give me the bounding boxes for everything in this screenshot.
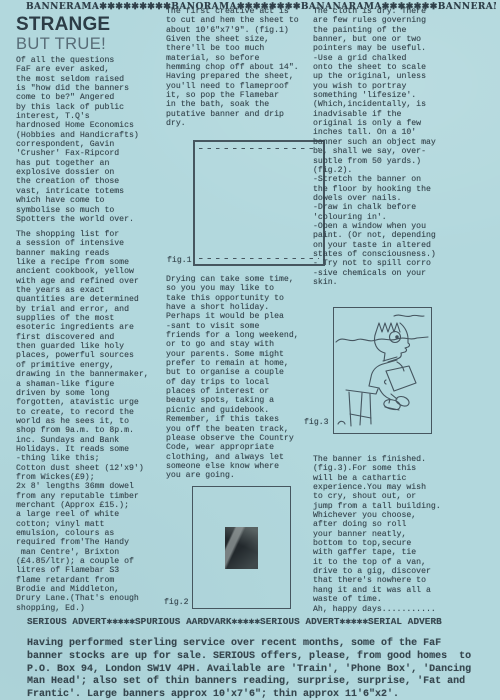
bart-cartoon-drawing [334,308,430,432]
figure-2: fig.2 [166,486,332,611]
col3-paragraph-1: The cloth is dry. There are few rules go… [313,7,436,287]
fig2-photo [225,527,258,569]
page-subtitle: BUT TRUE! [16,36,110,53]
figure-2-label: fig.2 [164,598,189,607]
figure-1-label: fig.1 [167,256,192,265]
col3-paragraph-2: The banner is finished. (fig.3).For some… [313,455,441,614]
advert-band: SERIOUS ADVERT✱✱✱✱✱SPURIOUS AARDVARK✱✱✱✱… [27,617,442,627]
zine-page: BANNERAMA✱✱✱✱✱✱✱✱✱BANORAMA✱✱✱✱✱✱✱✱BANANA… [0,0,500,700]
col1-paragraph-2: The shopping list for a session of inten… [16,230,149,613]
col2-paragraph-2: Drying can take some time, so you you ma… [166,275,299,481]
footer-advert-text: Having performed sterling service over r… [27,638,471,700]
figure-3: fig.3 [313,307,489,437]
page-title: STRANGE [16,15,110,34]
hem-dash-top [199,148,319,149]
hem-dash-bottom [199,258,319,259]
figure-1: fig.1 [166,140,332,268]
figure-3-box [333,307,432,434]
col2-paragraph-1: The first creative act is to cut and hem… [166,7,299,128]
figure-3-label: fig.3 [304,418,329,427]
figure-1-box [193,140,325,266]
figure-2-box [192,486,291,609]
col1-paragraph-1: Of all the questions FaF are ever asked,… [16,56,139,224]
